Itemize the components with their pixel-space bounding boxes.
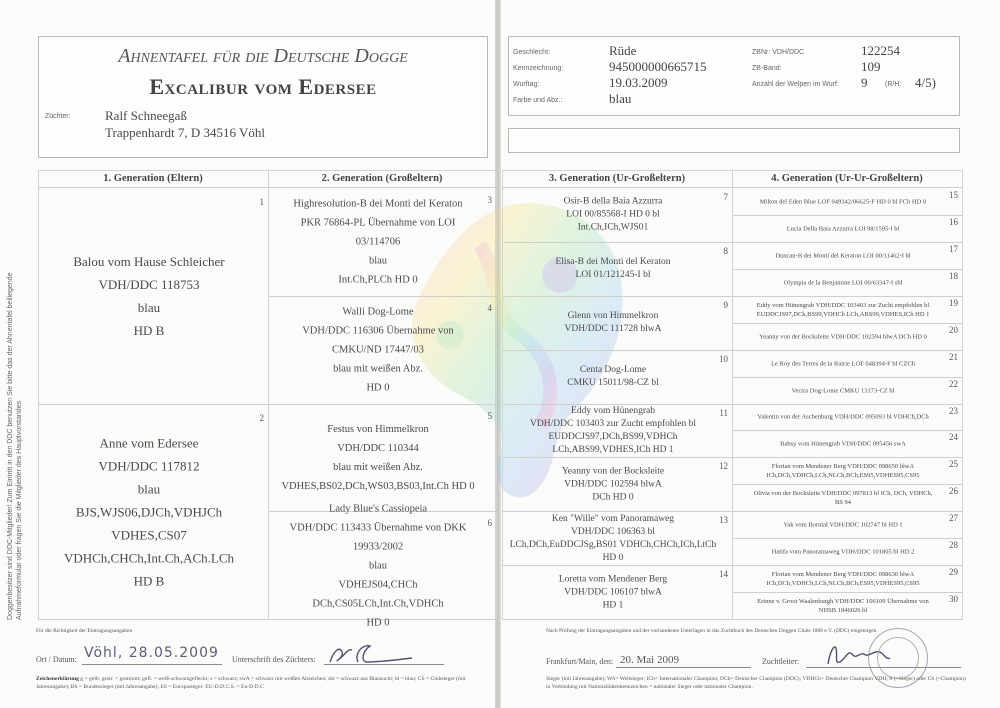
ancestor-name: Valentin von der Aschenburg VDH/DDC 0950…: [736, 413, 950, 422]
ancestor-detail: HD 1: [506, 599, 720, 612]
ancestor-detail: VDH/DDC 102594 blwA: [506, 478, 720, 491]
ancestor-detail: LOI 01/121245-I bl: [506, 269, 720, 282]
ancestor-name: Milton del Eden Blue LOF 049342/06625-F …: [736, 197, 950, 206]
ancestor-number: 8: [724, 245, 729, 258]
pedigree-cell-29: 29Florian vom Mendener Berg VDH/DDC 0986…: [732, 566, 962, 593]
gen1-header: 1. Generation (Eltern): [38, 170, 268, 188]
pedigree-cell-11: 11Eddy vom HünengrabVDH/DDC 103403 zur Z…: [502, 405, 732, 459]
pedigree-cell-16: 16Lucia Della Baia Azzurra LOI 98/1595-I…: [732, 216, 962, 243]
id-label: Kennzeichnung:: [513, 65, 563, 72]
ancestor-detail: CMKU/ND 17447/03: [272, 341, 484, 360]
column-divider: [496, 170, 497, 620]
ancestor-detail: LCh,DCh,EuDDCJSg,BS01 VDHCh,CHCh,ICh,LtC…: [506, 539, 720, 565]
ancestor-name: Walli Dog-Lome: [272, 303, 484, 322]
ancestor-number: 9: [724, 299, 729, 312]
pedigree-cell-27: 27Yak vom Borntal VDH/DDC 102747 bl HD 1: [732, 512, 962, 539]
pedigree-cell-12: 12Yeanny von der BocksleiteVDH/DDC 10259…: [502, 458, 732, 512]
ancestor-name: Lucia Della Baia Azzurra LOI 98/1595-I b…: [736, 224, 950, 233]
ancestor-name: Festus von Himmelkron: [272, 420, 484, 439]
ancestor-detail: EUDDCJS97,DCh,BS99,VDHCh LCh,ABS99,VDHES…: [506, 431, 720, 457]
column-divider: [38, 170, 39, 620]
pedigree-cell-24: 24Babsy vom Hünengrab VDH/DDC 095456 swA: [732, 431, 962, 458]
ancestor-name: Osir-B della Baia Azzurra: [506, 196, 720, 209]
ancestor-name: Olivia von der Bocksleite VDH/DDC 097813…: [736, 489, 950, 498]
side-note-line-2: Aufnahmeformular oder fragen Sie die Mit…: [15, 220, 24, 620]
breeder-label: Züchter:: [45, 113, 71, 120]
birth-value: 19.03.2009: [609, 75, 668, 91]
ancestor-detail: HD B: [42, 319, 256, 342]
pedigree-cell-8: 8Elisa-B dei Monti del KeratonLOI 01/121…: [502, 243, 732, 297]
pedigree-cell-19: 19Eddy vom Hünengrab VDH/DDC 103403 zur …: [732, 297, 962, 324]
ancestor-number: 21: [949, 353, 958, 362]
column-divider: [502, 170, 503, 620]
ancestor-number: 30: [949, 595, 958, 604]
ancestor-name: Balou vom Hause Schleicher: [42, 250, 256, 273]
zuchtleiter-label: Zuchtleiter:: [762, 657, 799, 666]
ancestor-detail: VDH/DDC 118753: [42, 273, 256, 296]
zb-label: ZBNr: VDH/DDC: [752, 49, 804, 56]
ancestor-name: Hatifa vom Panoramaweg VDH/DDC 101805 bl…: [736, 548, 950, 557]
pedigree-cell-22: 22Vectra Dog-Lome CMKU 13173-CZ bl: [732, 378, 962, 405]
pedigree-cell-1: 1Balou vom Hause SchleicherVDH/DDC 11875…: [38, 189, 268, 405]
gen2-header: 2. Generation (Großeltern): [268, 170, 496, 188]
ancestor-number: 13: [719, 514, 728, 527]
sex-label: Geschlecht:: [513, 49, 550, 56]
legend-title: Zeichenerklärung: [36, 676, 79, 682]
pedigree-cell-30: 30Erinne v. Groot Waalenburgh VDH/DDC 10…: [732, 593, 962, 620]
ancestor-detail: NHSB 1846026 bl: [736, 606, 950, 615]
pedigree-cell-9: 9Glenn von HimmelkronVDH/DDC 111728 blwA: [502, 297, 732, 351]
ancestor-name: Highresolution-B dei Monti del Keraton: [272, 195, 484, 214]
band-value: 109: [861, 59, 881, 75]
ancestor-detail: VDH/DDC 111728 blwA: [506, 323, 720, 336]
ancestor-name: Babsy vom Hünengrab VDH/DDC 095456 swA: [736, 440, 950, 449]
ancestor-detail: LOI 00/85568-I HD 0 bl: [506, 209, 720, 222]
breeder-signature-label: Unterschrift des Züchters:: [232, 655, 316, 664]
ancestor-name: Centa Dog-Lome: [506, 364, 720, 377]
ancestor-detail: VDH/DDC 106363 bl: [506, 526, 720, 539]
frankfurt-date-line: [616, 667, 751, 668]
ancestor-detail: CMKU 15011/98-CZ bl: [506, 377, 720, 390]
ancestor-number: 22: [949, 380, 958, 389]
ancestor-number: 19: [949, 299, 958, 308]
rh-label: (R/H:: [885, 81, 901, 88]
pedigree-cell-5: 5Festus von HimmelkronVDH/DDC 110344blau…: [268, 405, 496, 513]
dog-info-box: Geschlecht: Rüde ZBNr: VDH/DDC 122254 Ke…: [508, 36, 960, 116]
ancestor-detail: ICh,DCh,VDHCh,LCh,NLCh,BCh,ES95,VDHES95,…: [736, 579, 950, 588]
ancestor-name: Erinne v. Groot Waalenburgh VDH/DDC 1061…: [736, 597, 950, 606]
gen3-header: 3. Generation (Ur-Großeltern): [502, 170, 732, 188]
pedigree-cell-3: 3Highresolution-B dei Monti del KeratonP…: [268, 189, 496, 297]
frankfurt-date: 20. Mai 2009: [620, 654, 679, 666]
pedigree-cell-4: 4Walli Dog-LomeVDH/DDC 116306 Übernahme …: [268, 297, 496, 405]
place-date-line: [82, 664, 222, 665]
ancestor-number: 26: [949, 487, 958, 496]
side-membership-note: Doggenbesitzer sind DDC-Mitglieder! Zum …: [6, 220, 24, 620]
ancestor-detail: HD 0: [272, 379, 484, 398]
pedigree-cell-23: 23Valentin von der Aschenburg VDH/DDC 09…: [732, 405, 962, 432]
rh-value: 4/5): [915, 75, 936, 91]
ancestor-number: 11: [719, 407, 728, 420]
color-value: blau: [609, 91, 631, 107]
pedigree-cell-2: 2Anne vom EderseeVDH/DDC 117812blauBJS,W…: [38, 405, 268, 621]
ancestor-name: Anne vom Edersee: [42, 431, 256, 454]
ancestor-detail: Int.Ch,ICh,WJS01: [506, 222, 720, 235]
breeder-address: Trappenhardt 7, D 34516 Vöhl: [105, 125, 265, 141]
ancestor-detail: VDHCh,CHCh,Int.Ch,ACh.LCh: [42, 546, 256, 569]
ancestor-number: 24: [949, 433, 958, 442]
ancestor-name: Yeanny von der Bocksleite: [506, 465, 720, 478]
ancestor-name: Olympia de la Benjamine LOI 00/63347-I s…: [736, 278, 950, 287]
ancestor-detail: blau: [272, 252, 484, 271]
column-divider: [732, 170, 733, 620]
id-value: 945000000665715: [609, 59, 707, 75]
ancestor-number: 29: [949, 568, 958, 577]
sex-value: Rüde: [609, 43, 636, 59]
ancestor-detail: HD 0: [272, 613, 484, 632]
ancestor-number: 3: [488, 191, 493, 210]
breeder-name: Ralf Schneegaß: [105, 108, 187, 124]
ancestor-number: 25: [949, 460, 958, 469]
column-divider: [268, 170, 269, 620]
ancestor-number: 7: [724, 191, 729, 204]
ancestor-detail: blau mit weißen Abz.: [272, 360, 484, 379]
ancestor-detail: BS 94: [736, 498, 950, 507]
table-top-border: [502, 170, 962, 171]
ancestor-detail: VDH/DDC 106107 blwA: [506, 586, 720, 599]
ancestor-detail: PKR 76864-PL Übernahme von LOI: [272, 214, 484, 233]
legend-right: Sieger (mit Jahresangabe); WS= Weltsiege…: [546, 675, 966, 691]
ancestor-detail: blau mit weißen Abz.: [272, 458, 484, 477]
litter-value: 9: [861, 75, 868, 91]
ancestor-detail: VDHES,BS02,DCh,WS03,BS03,Int.Ch HD 0: [272, 477, 484, 496]
ancestor-name: Elisa-B dei Monti del Keraton: [506, 256, 720, 269]
ancestor-number: 10: [719, 353, 728, 366]
ancestor-detail: ICh,DCh,VDHCh,LCh,NLCh,BCh,ES95,VDHES95,…: [736, 471, 950, 480]
ancestor-name: Eddy vom Hünengrab: [506, 405, 720, 418]
ancestor-detail: VDH/DDC 116306 Übernahme von: [272, 322, 484, 341]
column-divider: [962, 170, 963, 620]
pedigree-cell-28: 28Hatifa vom Panoramaweg VDH/DDC 101805 …: [732, 539, 962, 566]
breeder-signature-icon: [326, 640, 416, 670]
ancestor-detail: VDH/DDC 110344: [272, 439, 484, 458]
ancestor-name: Florian vom Mendener Berg VDH/DDC 098630…: [736, 570, 950, 579]
ancestor-detail: blau: [42, 296, 256, 319]
side-note-line-1: Doggenbesitzer sind DDC-Mitglieder! Zum …: [6, 220, 15, 620]
pedigree-cell-15: 15Milton del Eden Blue LOF 049342/06625-…: [732, 189, 962, 216]
place-date-value: Vöhl, 28.05.2009: [84, 645, 219, 661]
ancestor-name: Ken "Wille" vom Panoramaweg: [506, 513, 720, 526]
ancestor-name: Florian vom Mendener Berg VDH/DDC 098650…: [736, 462, 950, 471]
ancestor-name: Eddy vom Hünengrab VDH/DDC 103403 zur Zu…: [736, 301, 950, 310]
ancestor-detail: blau: [42, 477, 256, 500]
ancestor-number: 27: [949, 514, 958, 523]
ancestor-name: Duncan-B dei Monti del Keraton LOI 00/11…: [736, 251, 950, 260]
pedigree-cell-6: 6Lady Blue's CassiopeiaVDH/DDC 113433 Üb…: [268, 512, 496, 620]
title-box: Ahnentafel für die Deutsche Dogge Excali…: [38, 36, 488, 158]
color-label: Farbe und Abz.:: [513, 97, 562, 104]
frankfurt-label: Frankfurt/Main, den:: [546, 657, 613, 666]
pedigree-cell-26: 26Olivia von der Bocksleite VDH/DDC 0978…: [732, 485, 962, 512]
ancestor-detail: EUDDCJS97,DCh,BS99,VDHCh LCh,ABS99,VDHES…: [736, 310, 950, 319]
table-top-border: [38, 170, 496, 171]
ancestor-detail: BJS,WJS06,DJCh,VDHJCh: [42, 500, 256, 523]
band-label: ZB-Band:: [752, 65, 782, 72]
ancestor-name: Lady Blue's Cassiopeia: [272, 499, 484, 518]
ancestor-detail: 03/114706: [272, 233, 484, 252]
birth-label: Wurftag:: [513, 81, 539, 88]
place-date-label: Ort / Datum:: [36, 655, 77, 664]
ancestor-number: 12: [719, 460, 728, 473]
legend-left: Zeichenerklärung g = gelb; gestr. = gest…: [36, 675, 486, 691]
dog-name: Excalibur vom Edersee: [39, 74, 487, 100]
pedigree-cell-25: 25Florian vom Mendener Berg VDH/DDC 0986…: [732, 458, 962, 485]
correctness-note: Für die Richtigkeit der Eintragungsangab…: [36, 628, 132, 634]
ancestor-number: 5: [488, 407, 493, 426]
ancestor-detail: VDH/DDC 117812: [42, 454, 256, 477]
ancestor-number: 28: [949, 541, 958, 550]
ancestor-number: 14: [719, 568, 728, 581]
gen4-header: 4. Generation (Ur-Ur-Großeltern): [732, 170, 962, 188]
ancestor-detail: Int.Ch,PLCh HD 0: [272, 271, 484, 290]
ancestor-name: Yak vom Borntal VDH/DDC 102747 bl HD 1: [736, 521, 950, 530]
ancestor-detail: VDHEJS04,CHCh DCh,CS05LCh,Int.Ch,VDHCh: [272, 575, 484, 613]
legend-left-text: g = gelb; gestr. = gestromt; gefl. = wei…: [36, 676, 465, 690]
ancestor-name: Yeanny von der Bocksleite VDH/DDC 102594…: [736, 332, 950, 341]
ancestor-detail: HD B: [42, 569, 256, 592]
ancestor-number: 23: [949, 407, 958, 416]
pedigree-cell-17: 17Duncan-B dei Monti del Keraton LOI 00/…: [732, 243, 962, 270]
zb-value: 122254: [861, 43, 900, 59]
ancestor-number: 6: [488, 514, 493, 533]
pedigree-cell-14: 14Loretta vom Mendener BergVDH/DDC 10610…: [502, 566, 732, 620]
ancestor-name: Le Roy des Terres de la Rairie LOF 04839…: [736, 359, 950, 368]
ancestor-number: 15: [949, 191, 958, 200]
breeder-signature-line: [324, 664, 444, 665]
ancestor-name: Vectra Dog-Lome CMKU 13173-CZ bl: [736, 386, 950, 395]
ancestor-detail: blau: [272, 556, 484, 575]
ancestor-number: 16: [949, 218, 958, 227]
ancestor-detail: VDH/DDC 113433 Übernahme von DKK 19933/2…: [272, 518, 484, 556]
pedigree-cell-21: 21Le Roy des Terres de la Rairie LOF 048…: [732, 351, 962, 378]
ancestor-number: 2: [260, 407, 265, 430]
remarks-box: [508, 128, 960, 153]
pedigree-cell-18: 18Olympia de la Benjamine LOI 00/63347-I…: [732, 270, 962, 297]
ancestor-number: 18: [949, 272, 958, 281]
pedigree-cell-7: 7Osir-B della Baia AzzurraLOI 00/85568-I…: [502, 189, 732, 243]
document-title: Ahnentafel für die Deutsche Dogge: [39, 45, 487, 68]
pedigree-cell-13: 13Ken "Wille" vom PanoramawegVDH/DDC 106…: [502, 512, 732, 566]
ancestor-number: 20: [949, 326, 958, 335]
ancestor-number: 17: [949, 245, 958, 254]
ancestor-number: 1: [260, 191, 265, 214]
ancestor-name: Loretta vom Mendener Berg: [506, 573, 720, 586]
ancestor-detail: VDHES,CS07: [42, 523, 256, 546]
pedigree-cell-10: 10Centa Dog-LomeCMKU 15011/98-CZ bl: [502, 351, 732, 405]
ancestor-detail: DCh HD 0: [506, 491, 720, 504]
ancestor-number: 4: [488, 299, 493, 318]
pedigree-cell-20: 20Yeanny von der Bocksleite VDH/DDC 1025…: [732, 324, 962, 351]
ancestor-name: Glenn von Himmelkron: [506, 310, 720, 323]
litter-label: Anzahl der Welpen im Wurf:: [752, 81, 839, 88]
ancestor-detail: VDH/DDC 103403 zur Zucht empfohlen bl: [506, 418, 720, 431]
